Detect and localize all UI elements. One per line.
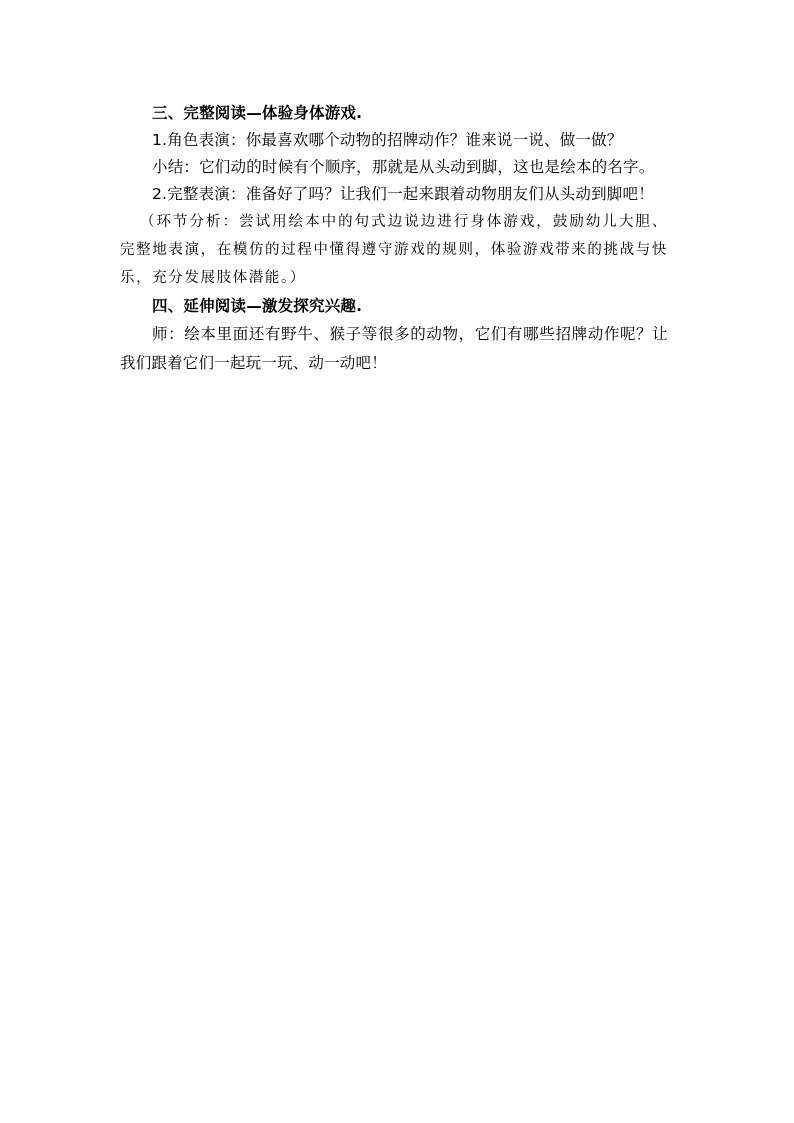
- analysis-line-3: 乐，充分发展肢体潜能。）: [120, 268, 668, 288]
- teacher-line-1: 师：绘本里面还有野牛、猴子等很多的动物，它们有哪些招牌动作呢？让: [152, 324, 668, 344]
- document-page: 三、完整阅读—体验身体游戏. 1.角色表演：你最喜欢哪个动物的招牌动作？谁来说一…: [0, 0, 794, 1123]
- analysis-line-1: （环节分析：尝试用绘本中的句式边说边进行身体游戏，鼓励幼儿大胆、: [140, 212, 668, 232]
- teacher-line-2: 我们跟着它们一起玩一玩、动一动吧！: [120, 353, 668, 373]
- section4-heading: 四、延伸阅读—激发探究兴趣.: [152, 296, 668, 316]
- section3-item1: 1.角色表演：你最喜欢哪个动物的招牌动作？谁来说一说、做一做？: [152, 130, 668, 150]
- section3-heading: 三、完整阅读—体验身体游戏.: [152, 103, 668, 123]
- section3-item2: 2.完整表演：准备好了吗？让我们一起来跟着动物朋友们从头动到脚吧！: [152, 184, 668, 204]
- analysis-line-2: 完整地表演，在模仿的过程中懂得遵守游戏的规则，体验游戏带来的挑战与快: [120, 240, 668, 260]
- section3-summary: 小结：它们动的时候有个顺序，那就是从头动到脚，这也是绘本的名字。: [152, 157, 668, 177]
